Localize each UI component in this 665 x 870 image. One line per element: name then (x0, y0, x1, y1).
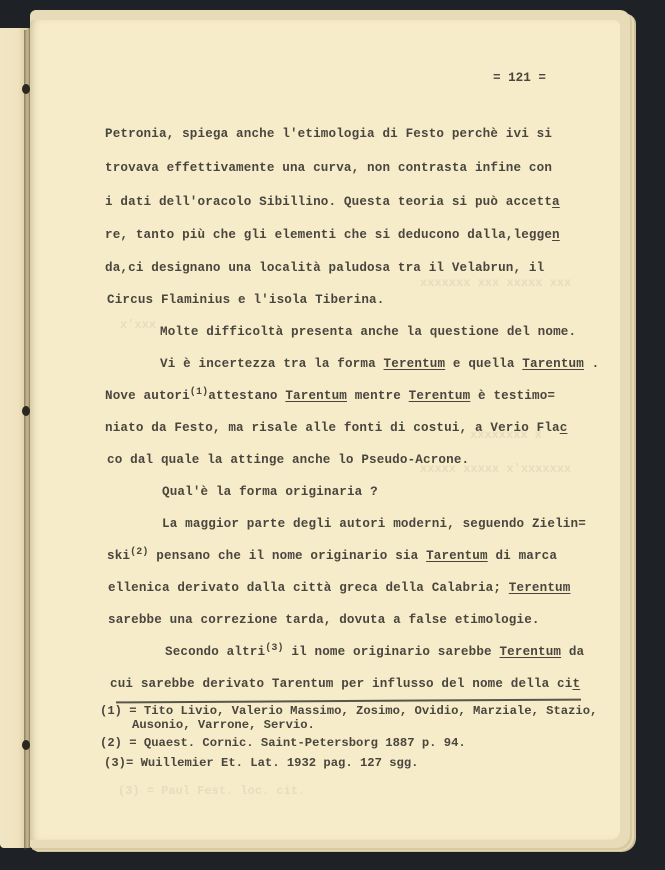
bleed-through-text: (3) = Paul Fest. loc. cit. (118, 784, 305, 798)
text-line: Petronia, spiega anche l'etimologia di F… (105, 127, 552, 141)
bleed-through-text: x'xxx (120, 318, 156, 332)
text-line: niato da Festo, ma risale alle fonti di … (105, 421, 567, 435)
bleed-through-text: xxxxxxx xxx xxxxx xxx (420, 276, 571, 290)
text-line: Molte difficoltà presenta anche la quest… (160, 325, 576, 339)
binding-hole (22, 406, 30, 416)
term-tarentum: Tarentum (522, 357, 584, 371)
text-line: ellenica derivato dalla città greca dell… (108, 581, 570, 595)
text-line: re, tanto più che gli elementi che si de… (105, 228, 560, 242)
text-line: Circus Flaminius e l'isola Tiberina. (107, 293, 384, 307)
text-line: cui sarebbe derivato Tarentum per influs… (110, 677, 580, 691)
footnote-1: (1) = Tito Livio, Valerio Massimo, Zosim… (100, 704, 597, 718)
footnote-ref-3: (3) (265, 643, 283, 654)
footnote-3: (3)= Wuillemier Et. Lat. 1932 pag. 127 s… (104, 756, 419, 770)
text-line: sarebbe una correzione tarda, dovuta a f… (108, 613, 540, 627)
text-line: da,ci designano una località paludosa tr… (105, 261, 544, 275)
text-line: Vi è incertezza tra la forma Terentum e … (160, 357, 599, 371)
binding-hole (22, 740, 30, 750)
text-line: i dati dell'oracolo Sibillino. Questa te… (105, 195, 560, 209)
term-terentum: Terentum (384, 357, 446, 371)
binding-hole (22, 84, 30, 94)
text-line: trovava effettivamente una curva, non co… (105, 161, 552, 175)
page-number: = 121 = (493, 71, 546, 85)
footnote-ref-2: (2) (130, 547, 148, 558)
text-line: ski(2) pensano che il nome originario si… (107, 549, 557, 563)
footnote-ref-1: (1) (190, 387, 208, 398)
footnote-2: (2) = Quaest. Cornic. Saint-Petersborg 1… (100, 736, 466, 750)
text-line: co dal quale la attinge anche lo Pseudo-… (107, 453, 469, 467)
footnote-1-continuation: Ausonio, Varrone, Servio. (132, 718, 315, 732)
text-line: La maggior parte degli autori moderni, s… (162, 517, 586, 531)
text-line: Nove autori(1)attestano Tarentum mentre … (105, 389, 555, 403)
spine-shadow (24, 30, 28, 850)
text-line: Secondo altri(3) il nome originario sare… (165, 645, 584, 659)
text-line: Qual'è la forma originaria ? (162, 485, 378, 499)
